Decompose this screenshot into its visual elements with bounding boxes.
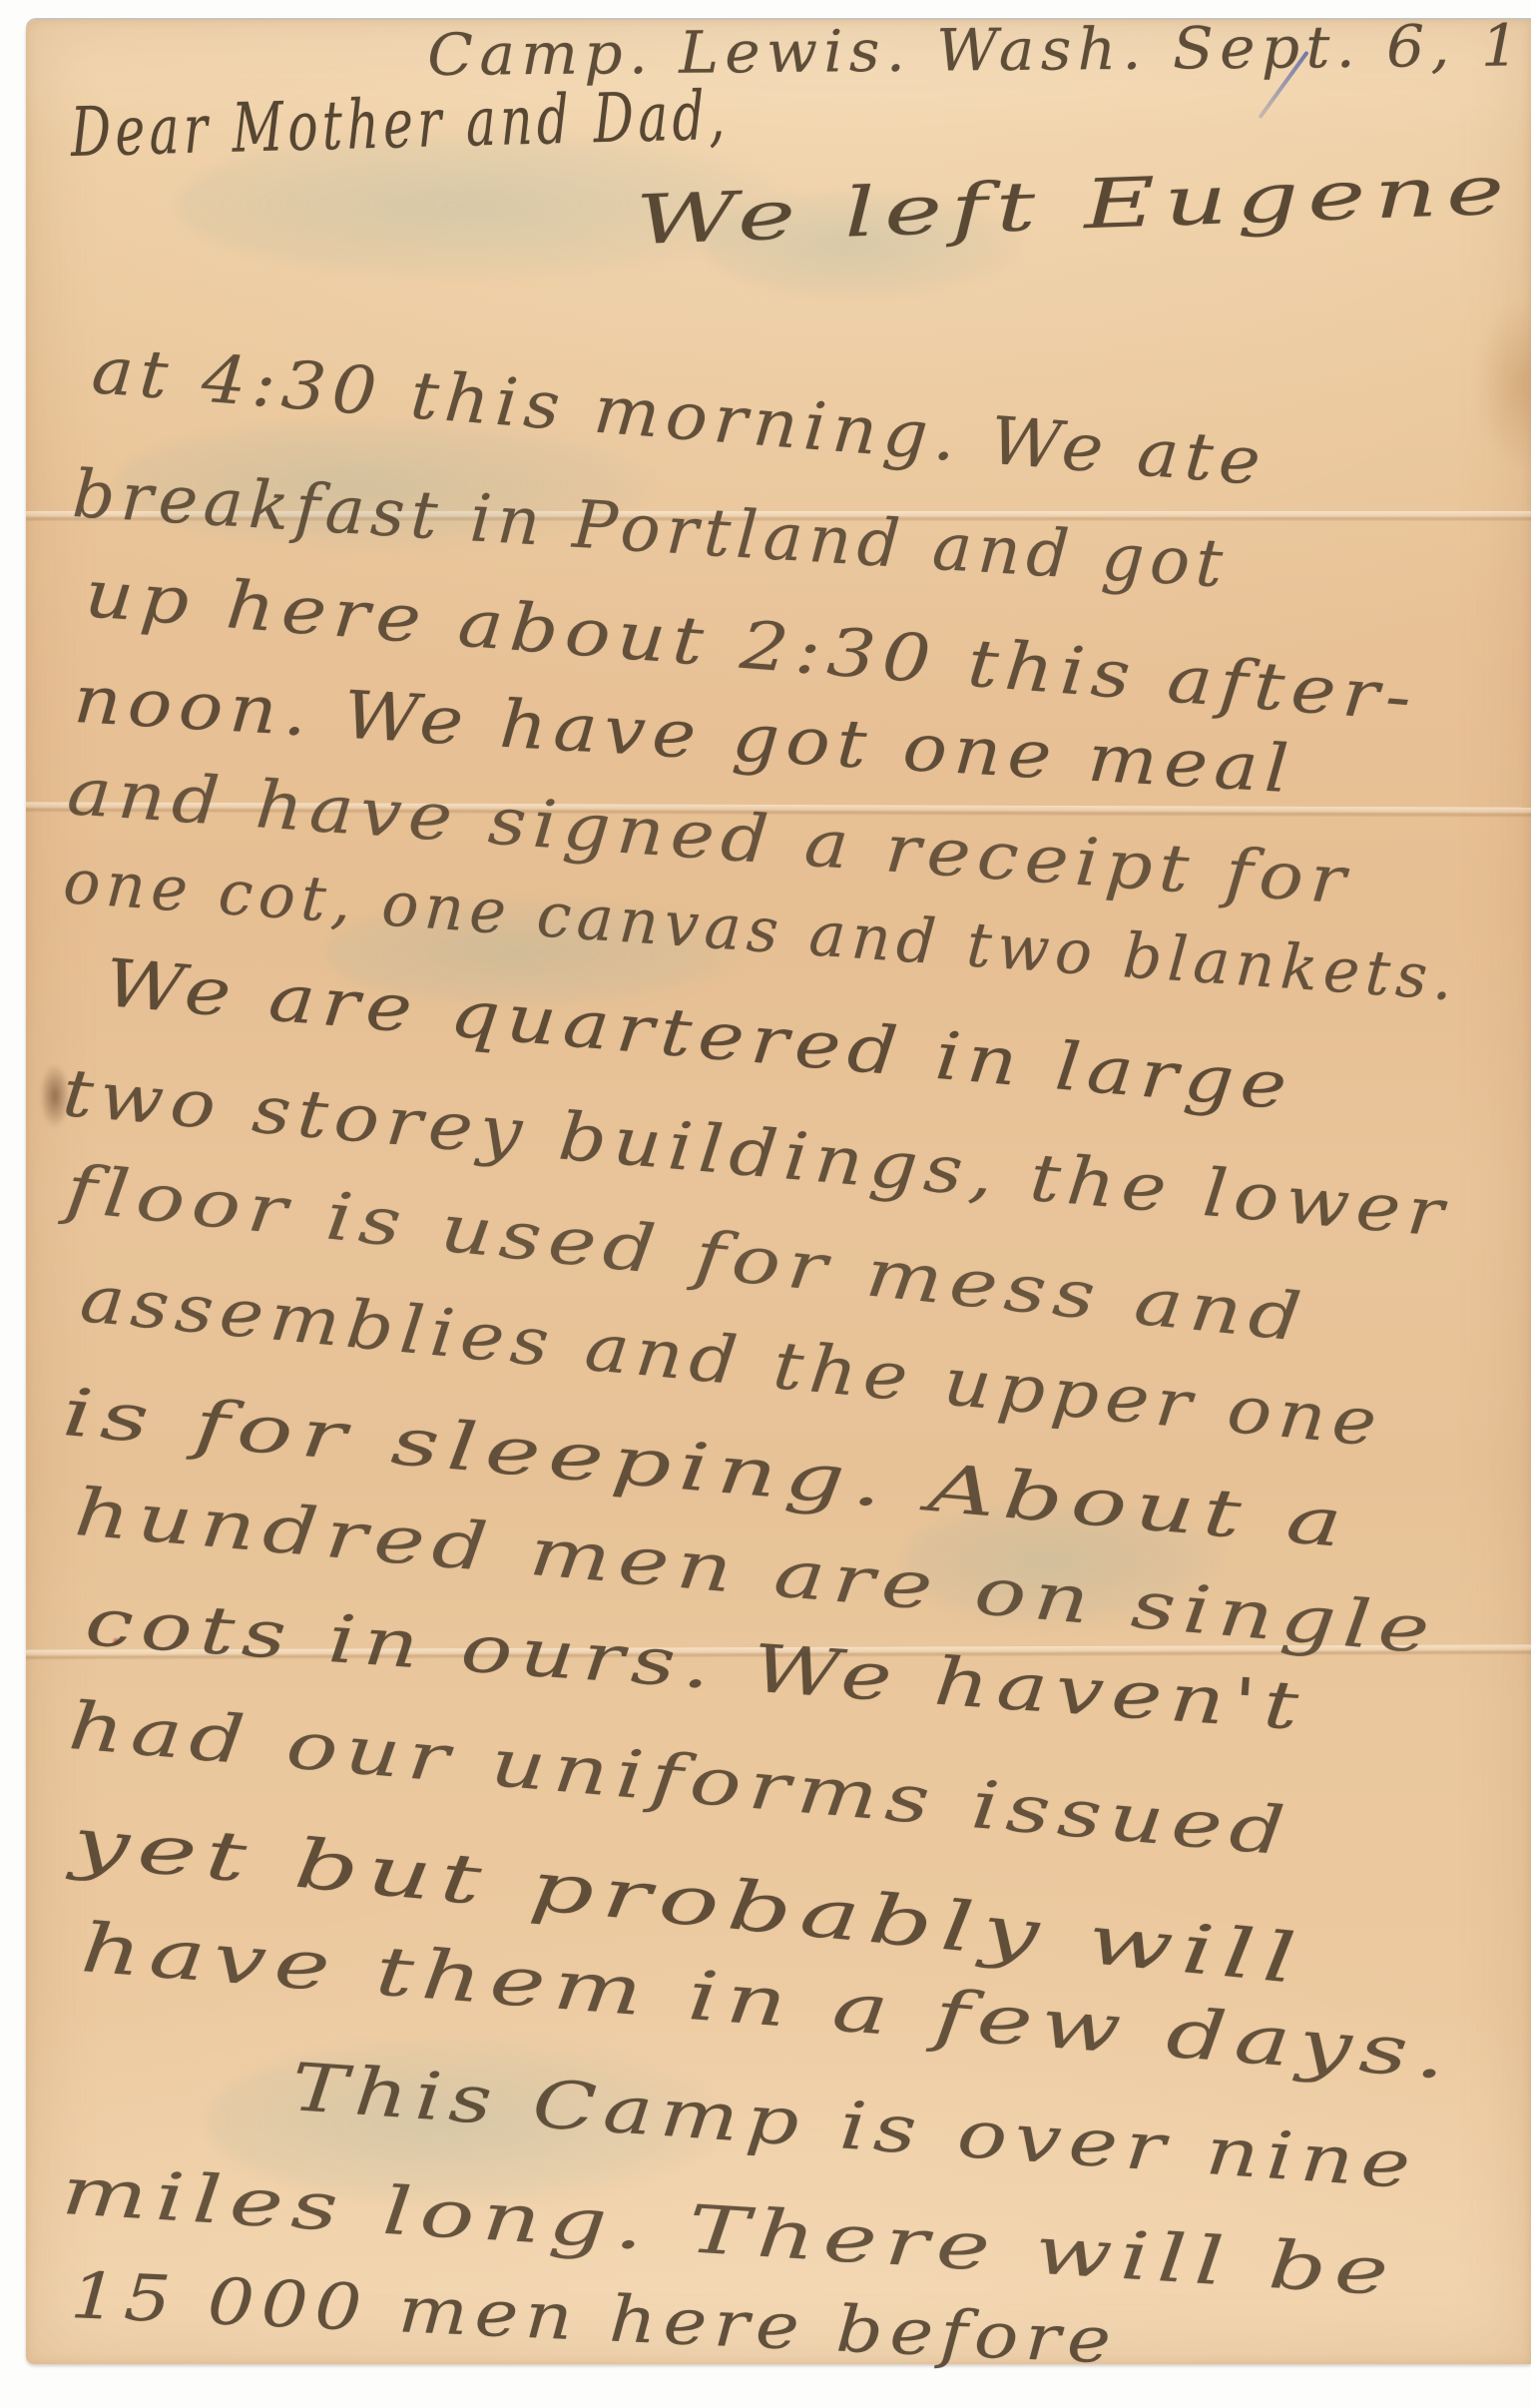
salutation: Dear Mother and Dad, xyxy=(70,83,730,168)
letter-line: We left Eugene xyxy=(635,157,1514,256)
dateline: Camp. Lewis. Wash. Sept. 6, 1 xyxy=(427,16,1525,84)
scanned-letter-page: { "letter": { "dateline": "Camp. Lewis. … xyxy=(0,0,1531,2408)
handwriting-layer: Camp. Lewis. Wash. Sept. 6, 1Dear Mother… xyxy=(0,0,1531,2408)
